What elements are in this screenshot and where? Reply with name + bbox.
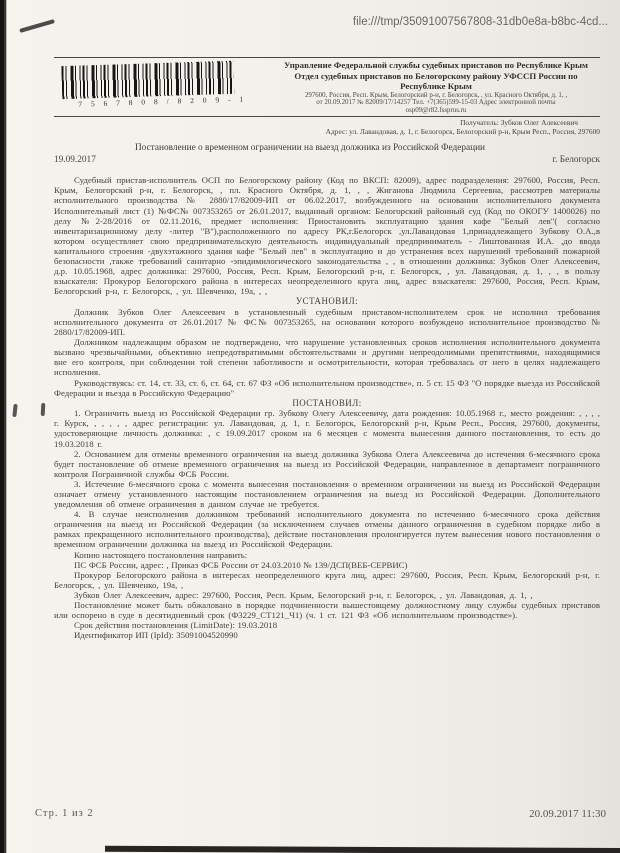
page-number: Стр. 1 из 2 — [35, 808, 94, 820]
scan-edge-bottom — [105, 846, 620, 853]
limit-date-line: Срок действия постановления (LimitDate):… — [54, 620, 600, 630]
barcode: 7 5 6 7 8 0 8 / 8 2 0 9 - 1 — [53, 57, 273, 118]
postanovil-paragraph: 4. В случае неисполнения должником требо… — [54, 509, 600, 549]
postanovil-paragraph: 1. Ограничить выезд из Российской Федера… — [54, 408, 600, 448]
recipient-address-line: Адрес: ул. Лавандовая, д. 1, г. Белогорс… — [54, 128, 600, 137]
document-title: Постановление о временном ограничении на… — [119, 143, 501, 154]
copy-recipient: ПС ФСБ России, адрес: , Приказ ФСБ Росси… — [54, 560, 600, 570]
date-place-row: 19.09.2017 г. Белогорск — [54, 155, 600, 165]
department-name: Отдел судебных приставов по Белогорскому… — [272, 71, 600, 92]
print-footer: Стр. 1 из 2 20.09.2017 11:30 — [35, 808, 606, 820]
authority-name: Управление Федеральной службы судебных п… — [272, 60, 600, 71]
copy-recipient: Зубков Олег Алексеевич, адрес: 297600, Р… — [54, 590, 600, 600]
scan-edge-left — [0, 0, 7, 853]
authority-email: osp09@r82.fssprus.ru — [272, 107, 600, 115]
issuing-authority-block: Управление Федеральной службы судебных п… — [272, 60, 600, 114]
print-url-header: file:///tmp/35091007567808-31db0e8a-b8bc… — [353, 16, 608, 28]
ustanovil-paragraph: Должник Зубков Олег Алексеевич в установ… — [54, 307, 600, 337]
document-body: Судебный пристав-исполнитель ОСП по Бело… — [54, 175, 600, 640]
appeal-paragraph: Постановление может быть обжаловано в по… — [54, 600, 600, 620]
postanovil-paragraph: 2. Основанием для отмены временного огра… — [54, 449, 600, 479]
pen-mark — [19, 19, 55, 32]
barcode-bars-icon — [61, 61, 234, 99]
authority-address: 297600, Россия, Респ. Крым, Белогорский … — [272, 92, 600, 100]
ip-id-line: Идентификатор ИП (IpId): 35091004520990 — [54, 630, 600, 640]
postanovil-heading: ПОСТАНОВИЛ: — [54, 398, 600, 409]
ustanovil-heading: УСТАНОВИЛ: — [54, 296, 600, 307]
reference-number-line: от 20.09.2017 № 82009/17/14257 Тел. +7(3… — [272, 99, 600, 107]
letterhead-bottom-rule — [54, 116, 600, 117]
document-date: 19.09.2017 — [54, 155, 96, 165]
ustanovil-paragraph: Должником надлежащим образом не подтверж… — [54, 337, 600, 377]
letterhead: 7 5 6 7 8 0 8 / 8 2 0 9 - 1 Управление Ф… — [54, 57, 600, 136]
ink-speck — [41, 403, 46, 416]
ink-speck — [12, 404, 17, 417]
scanned-document-page: file:///tmp/35091007567808-31db0e8a-b8bc… — [0, 0, 620, 853]
ustanovil-paragraph: Руководствуясь: ст. 14, ст. 33, ст. 6, с… — [54, 378, 600, 398]
document-place: г. Белогорск — [552, 155, 600, 165]
print-timestamp: 20.09.2017 11:30 — [529, 808, 606, 820]
copies-heading: Копию настоящего постановления направить… — [54, 550, 600, 560]
intro-paragraph: Судебный пристав-исполнитель ОСП по Бело… — [54, 175, 600, 296]
postanovil-paragraph: 3. Истечение 6-месячного срока с момента… — [54, 479, 600, 509]
copy-recipient: Прокурор Белогорского района в интересах… — [54, 570, 600, 590]
